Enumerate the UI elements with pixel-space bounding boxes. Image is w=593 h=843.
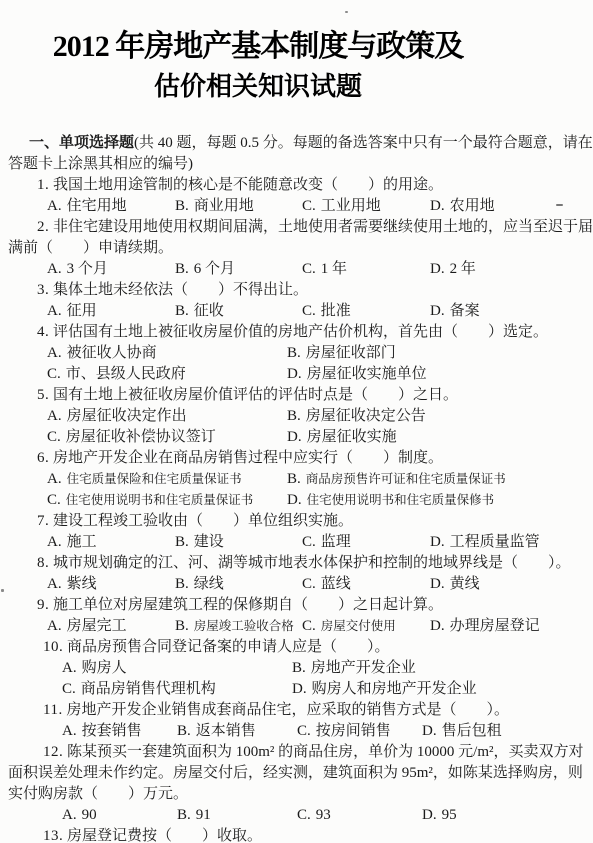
question-number: 11.: [43, 702, 63, 718]
option-letter: A.: [47, 406, 62, 427]
option-text: 工程质量监管: [450, 534, 540, 550]
option-letter: C.: [47, 490, 61, 511]
option-text: 紫线: [67, 576, 97, 592]
option-a: A.3 个月: [47, 259, 175, 280]
option-text: 市、县级人民政府: [66, 366, 186, 382]
option-text: 房屋完工: [67, 618, 127, 634]
option-letter: B.: [287, 343, 301, 364]
question-text: 8. 城市规划确定的江、河、湖等城市地表水体保护和控制的地域界线是（ ）。: [8, 553, 593, 574]
option-letter: D.: [430, 574, 445, 595]
option-text: 房屋征收部门: [306, 345, 396, 361]
option-letter: C.: [302, 196, 316, 217]
option-letter: D.: [422, 721, 437, 742]
title-line-1: 2012 年房地产基本制度与政策及: [0, 27, 516, 67]
option-d: D.工程质量监管: [430, 532, 593, 553]
option-text: 90: [82, 807, 97, 823]
option-letter: B.: [177, 805, 191, 826]
exam-title: 2012 年房地产基本制度与政策及 估价相关知识试题: [0, 0, 516, 107]
option-letter: D.: [287, 490, 302, 511]
option-d: D.房屋征收实施单位: [287, 364, 593, 385]
question: 10. 商品房预售合同登记备案的申请人应是（ ）。A.购房人B.房地产开发企业C…: [8, 637, 593, 700]
question: 7. 建设工程竣工验收由（ ）单位组织实施。A.施工B.建设C.监理D.工程质量…: [8, 511, 593, 553]
option-letter: B.: [287, 469, 301, 490]
section-heading: 一、单项选择题(共 40 题，每题 0.5 分。每题的备选答案中只有一个最符合题…: [8, 133, 593, 175]
question: 12. 陈某预买一套建筑面积为 100m² 的商品住房，单价为 10000 元/…: [8, 742, 593, 826]
option-d: D.房屋征收实施: [287, 427, 593, 448]
question-text: 10. 商品房预售合同登记备案的申请人应是（ ）。: [8, 637, 593, 658]
option-letter: B.: [175, 532, 189, 553]
option-b: B.征收: [175, 301, 302, 322]
question-number: 8.: [37, 555, 49, 571]
option-b: B.绿线: [175, 574, 302, 595]
option-letter: D.: [292, 679, 307, 700]
option-a: A.房屋完工: [47, 616, 175, 637]
question-number: 9.: [37, 597, 49, 613]
option-letter: C.: [302, 301, 316, 322]
scanned-exam-page: { "colors": {"background": "#fcfcfb", "i…: [0, 0, 593, 843]
option-row: A.3 个月B.6 个月C.1 年D.2 年: [8, 259, 593, 280]
question-list: 1. 我国土地用途管制的核心是不能随意改变（ ）的用途。A.住宅用地B.商业用地…: [8, 175, 593, 843]
option-c: C.住宅使用说明书和住宅质量保证书: [47, 490, 287, 511]
question-number: 2.: [37, 219, 49, 235]
option-letter: A.: [47, 469, 62, 490]
question-number: 6.: [37, 450, 49, 466]
option-c: C.监理: [302, 532, 430, 553]
option-d: D.住宅使用说明书和住宅质量保修书: [287, 490, 593, 511]
option-row: A.住宅用地B.商业用地C.工业用地D.农用地: [8, 196, 593, 217]
option-a: A.房屋征收决定作出: [47, 406, 287, 427]
question-body-text: 房地产开发企业销售成套商品住宅，应采取的销售方式是（ ）。: [66, 702, 509, 718]
option-row: A.购房人B.房地产开发企业: [8, 658, 593, 679]
question: 2. 非住宅建设用地使用权期间届满，土地使用者需要继续使用土地的，应当至迟于届满…: [8, 217, 593, 280]
question-body-text: 集体土地未经依法（ ）不得出让。: [53, 282, 308, 298]
option-d: D.购房人和房地产开发企业: [292, 679, 593, 700]
option-a: A.购房人: [62, 658, 292, 679]
option-letter: C.: [302, 259, 316, 280]
option-text: 1 年: [321, 261, 347, 277]
question-text: 13. 房屋登记费按（ ）收取。: [8, 826, 593, 843]
option-letter: B.: [175, 259, 189, 280]
option-d: D.办理房屋登记: [430, 616, 593, 637]
exam-body: 一、单项选择题(共 40 题，每题 0.5 分。每题的备选答案中只有一个最符合题…: [8, 133, 593, 843]
option-text: 按房间销售: [316, 723, 391, 739]
option-text: 房屋征收实施: [307, 429, 397, 445]
option-row: A.房屋完工B.房屋竣工验收合格C.房屋交付使用D.办理房屋登记: [8, 616, 593, 637]
option-d: D.95: [422, 805, 593, 826]
question-body-text: 我国土地用途管制的核心是不能随意改变（ ）的用途。: [53, 177, 443, 193]
option-letter: A.: [47, 301, 62, 322]
option-text: 征用: [67, 303, 97, 319]
question-body-text: 商品房预售合同登记备案的申请人应是（ ）。: [67, 639, 390, 655]
option-b: B.91: [177, 805, 297, 826]
option-row: C.房屋征收补偿协议签订D.房屋征收实施: [8, 427, 593, 448]
scan-speck: [345, 11, 348, 13]
option-a: A.按套销售: [62, 721, 177, 742]
option-letter: C.: [47, 427, 61, 448]
option-b: B.返本销售: [177, 721, 297, 742]
option-text: 农用地: [450, 198, 495, 214]
question-text: 11. 房地产开发企业销售成套商品住宅，应采取的销售方式是（ ）。: [8, 700, 593, 721]
option-a: A.90: [62, 805, 177, 826]
question-body-text: 非住宅建设用地使用权期间届满，土地使用者需要继续使用土地的，应当至迟于届满前（ …: [8, 219, 593, 256]
option-text: 住宅用地: [67, 198, 127, 214]
option-text: 房屋征收实施单位: [307, 366, 427, 382]
option-letter: B.: [177, 721, 191, 742]
question-number: 1.: [37, 177, 49, 193]
question: 8. 城市规划确定的江、河、湖等城市地表水体保护和控制的地域界线是（ ）。A.紫…: [8, 553, 593, 595]
option-c: C.商品房销售代理机构: [62, 679, 292, 700]
option-row: A.90B.91C.93D.95: [8, 805, 593, 826]
option-text: 3 个月: [67, 261, 108, 277]
option-text: 2 年: [450, 261, 476, 277]
title-line-2: 估价相关知识试题: [0, 67, 516, 107]
option-letter: B.: [175, 196, 189, 217]
option-text: 监理: [321, 534, 351, 550]
option-text: 6 个月: [194, 261, 235, 277]
question-number: 10.: [43, 639, 63, 655]
question: 5. 国有土地上被征收房屋价值评估的评估时点是（ ）之日。A.房屋征收决定作出B…: [8, 385, 593, 448]
option-text: 备案: [450, 303, 480, 319]
option-text: 93: [316, 807, 331, 823]
question-text: 4. 评估国有土地上被征收房屋价值的房地产估价机构，首先由（ ）选定。: [8, 322, 593, 343]
option-letter: A.: [47, 196, 62, 217]
option-text: 住宅质量保险和住宅质量保证书: [67, 472, 242, 486]
question: 1. 我国土地用途管制的核心是不能随意改变（ ）的用途。A.住宅用地B.商业用地…: [8, 175, 593, 217]
option-text: 黄线: [450, 576, 480, 592]
question-body-text: 评估国有土地上被征收房屋价值的房地产估价机构，首先由（ ）选定。: [53, 324, 548, 340]
option-a: A.征用: [47, 301, 175, 322]
option-text: 绿线: [194, 576, 224, 592]
option-text: 被征收人协商: [67, 345, 157, 361]
option-c: C.市、县级人民政府: [47, 364, 287, 385]
option-letter: C.: [297, 721, 311, 742]
option-b: B.商业用地: [175, 196, 302, 217]
option-text: 售后包租: [442, 723, 502, 739]
option-d: D.2 年: [430, 259, 593, 280]
option-c: C.批准: [302, 301, 430, 322]
option-b: B.房屋竣工验收合格: [175, 616, 302, 637]
question-text: 7. 建设工程竣工验收由（ ）单位组织实施。: [8, 511, 593, 532]
option-letter: D.: [430, 616, 445, 637]
option-c: C.按房间销售: [297, 721, 422, 742]
option-a: A.住宅质量保险和住宅质量保证书: [47, 469, 287, 490]
option-row: A.紫线B.绿线C.蓝线D.黄线: [8, 574, 593, 595]
option-letter: C.: [47, 364, 61, 385]
option-row: C.住宅使用说明书和住宅质量保证书D.住宅使用说明书和住宅质量保修书: [8, 490, 593, 511]
option-letter: A.: [47, 259, 62, 280]
option-text: 房屋征收决定公告: [306, 408, 426, 424]
option-letter: A.: [62, 658, 77, 679]
option-text: 购房人和房地产开发企业: [312, 681, 477, 697]
question-text: 2. 非住宅建设用地使用权期间届满，土地使用者需要继续使用土地的，应当至迟于届满…: [8, 217, 593, 259]
question: 3. 集体土地未经依法（ ）不得出让。A.征用B.征收C.批准D.备案: [8, 280, 593, 322]
option-text: 房屋竣工验收合格: [194, 619, 294, 633]
option-b: B.商品房预售许可证和住宅质量保证书: [287, 469, 593, 490]
scan-speck: [556, 204, 563, 206]
option-text: 商品房销售代理机构: [81, 681, 216, 697]
option-a: A.被征收人协商: [47, 343, 287, 364]
option-text: 施工: [67, 534, 97, 550]
option-text: 91: [196, 807, 211, 823]
option-text: 办理房屋登记: [450, 618, 540, 634]
option-text: 按套销售: [82, 723, 142, 739]
question-text: 1. 我国土地用途管制的核心是不能随意改变（ ）的用途。: [8, 175, 593, 196]
question-body-text: 城市规划确定的江、河、湖等城市地表水体保护和控制的地域界线是（ ）。: [53, 555, 571, 571]
option-text: 工业用地: [321, 198, 381, 214]
question-body-text: 陈某预买一套建筑面积为 100m² 的商品住房，单价为 10000 元/m²，买…: [8, 744, 584, 802]
question-number: 7.: [37, 513, 49, 529]
option-text: 房屋征收决定作出: [67, 408, 187, 424]
option-letter: B.: [175, 616, 189, 637]
option-text: 建设: [194, 534, 224, 550]
option-letter: B.: [287, 406, 301, 427]
option-letter: C.: [297, 805, 311, 826]
option-text: 商品房预售许可证和住宅质量保证书: [306, 472, 506, 486]
option-text: 征收: [194, 303, 224, 319]
question-text: 9. 施工单位对房屋建筑工程的保修期自（ ）之日起计算。: [8, 595, 593, 616]
option-letter: A.: [47, 532, 62, 553]
question-body-text: 施工单位对房屋建筑工程的保修期自（ ）之日起计算。: [53, 597, 443, 613]
option-b: B.建设: [175, 532, 302, 553]
option-letter: C.: [62, 679, 76, 700]
option-c: C.工业用地: [302, 196, 430, 217]
option-text: 房屋征收补偿协议签订: [66, 429, 216, 445]
option-letter: D.: [287, 364, 302, 385]
option-text: 住宅使用说明书和住宅质量保证书: [66, 493, 254, 507]
question-body-text: 房地产开发企业在商品房销售过程中应实行（ ）制度。: [53, 450, 443, 466]
option-text: 购房人: [82, 660, 127, 676]
question-text: 12. 陈某预买一套建筑面积为 100m² 的商品住房，单价为 10000 元/…: [8, 742, 593, 805]
option-b: B.6 个月: [175, 259, 302, 280]
option-text: 批准: [321, 303, 351, 319]
question-number: 5.: [37, 387, 49, 403]
option-letter: D.: [430, 532, 445, 553]
option-b: B.房屋征收部门: [287, 343, 593, 364]
question-body-text: 国有土地上被征收房屋价值评估的评估时点是（ ）之日。: [53, 387, 458, 403]
option-text: 商业用地: [194, 198, 254, 214]
option-d: D.黄线: [430, 574, 593, 595]
option-letter: A.: [47, 616, 62, 637]
option-c: C.93: [297, 805, 422, 826]
option-letter: C.: [302, 532, 316, 553]
question-body-text: 建设工程竣工验收由（ ）单位组织实施。: [53, 513, 353, 529]
option-b: B.房屋征收决定公告: [287, 406, 593, 427]
option-a: A.施工: [47, 532, 175, 553]
option-letter: B.: [292, 658, 306, 679]
option-letter: D.: [422, 805, 437, 826]
option-text: 房地产开发企业: [311, 660, 416, 676]
question: 13. 房屋登记费按（ ）收取。: [8, 826, 593, 843]
section-title: 一、单项选择题: [29, 135, 134, 151]
option-letter: B.: [175, 301, 189, 322]
option-row: A.按套销售B.返本销售C.按房间销售D.售后包租: [8, 721, 593, 742]
option-c: C.房屋交付使用: [302, 616, 430, 637]
option-letter: C.: [302, 616, 316, 637]
option-row: C.商品房销售代理机构D.购房人和房地产开发企业: [8, 679, 593, 700]
option-text: 住宅使用说明书和住宅质量保修书: [307, 493, 495, 507]
question-number: 4.: [37, 324, 49, 340]
question-number: 12.: [43, 744, 63, 760]
option-row: A.被征收人协商B.房屋征收部门: [8, 343, 593, 364]
scan-speck: [1, 589, 4, 592]
option-d: D.备案: [430, 301, 593, 322]
option-row: A.施工B.建设C.监理D.工程质量监管: [8, 532, 593, 553]
option-letter: C.: [302, 574, 316, 595]
option-letter: D.: [430, 196, 445, 217]
option-row: C.市、县级人民政府D.房屋征收实施单位: [8, 364, 593, 385]
question: 6. 房地产开发企业在商品房销售过程中应实行（ ）制度。A.住宅质量保险和住宅质…: [8, 448, 593, 511]
option-letter: D.: [287, 427, 302, 448]
option-letter: A.: [47, 343, 62, 364]
option-c: C.房屋征收补偿协议签订: [47, 427, 287, 448]
option-row: A.征用B.征收C.批准D.备案: [8, 301, 593, 322]
option-a: A.紫线: [47, 574, 175, 595]
option-d: D.农用地: [430, 196, 593, 217]
question-number: 3.: [37, 282, 49, 298]
option-row: A.房屋征收决定作出B.房屋征收决定公告: [8, 406, 593, 427]
option-b: B.房地产开发企业: [292, 658, 593, 679]
question-text: 6. 房地产开发企业在商品房销售过程中应实行（ ）制度。: [8, 448, 593, 469]
option-letter: D.: [430, 301, 445, 322]
option-a: A.住宅用地: [47, 196, 175, 217]
question-text: 3. 集体土地未经依法（ ）不得出让。: [8, 280, 593, 301]
option-c: C.1 年: [302, 259, 430, 280]
option-d: D.售后包租: [422, 721, 593, 742]
option-letter: A.: [62, 805, 77, 826]
option-text: 蓝线: [321, 576, 351, 592]
option-text: 返本销售: [196, 723, 256, 739]
question: 9. 施工单位对房屋建筑工程的保修期自（ ）之日起计算。A.房屋完工B.房屋竣工…: [8, 595, 593, 637]
question-body-text: 房屋登记费按（ ）收取。: [67, 828, 262, 843]
option-text: 95: [442, 807, 457, 823]
question: 11. 房地产开发企业销售成套商品住宅，应采取的销售方式是（ ）。A.按套销售B…: [8, 700, 593, 742]
option-c: C.蓝线: [302, 574, 430, 595]
question-text: 5. 国有土地上被征收房屋价值评估的评估时点是（ ）之日。: [8, 385, 593, 406]
option-letter: A.: [62, 721, 77, 742]
question-number: 13.: [43, 828, 63, 843]
option-text: 房屋交付使用: [321, 619, 396, 633]
option-row: A.住宅质量保险和住宅质量保证书B.商品房预售许可证和住宅质量保证书: [8, 469, 593, 490]
option-letter: B.: [175, 574, 189, 595]
question: 4. 评估国有土地上被征收房屋价值的房地产估价机构，首先由（ ）选定。A.被征收…: [8, 322, 593, 385]
option-letter: A.: [47, 574, 62, 595]
option-letter: D.: [430, 259, 445, 280]
